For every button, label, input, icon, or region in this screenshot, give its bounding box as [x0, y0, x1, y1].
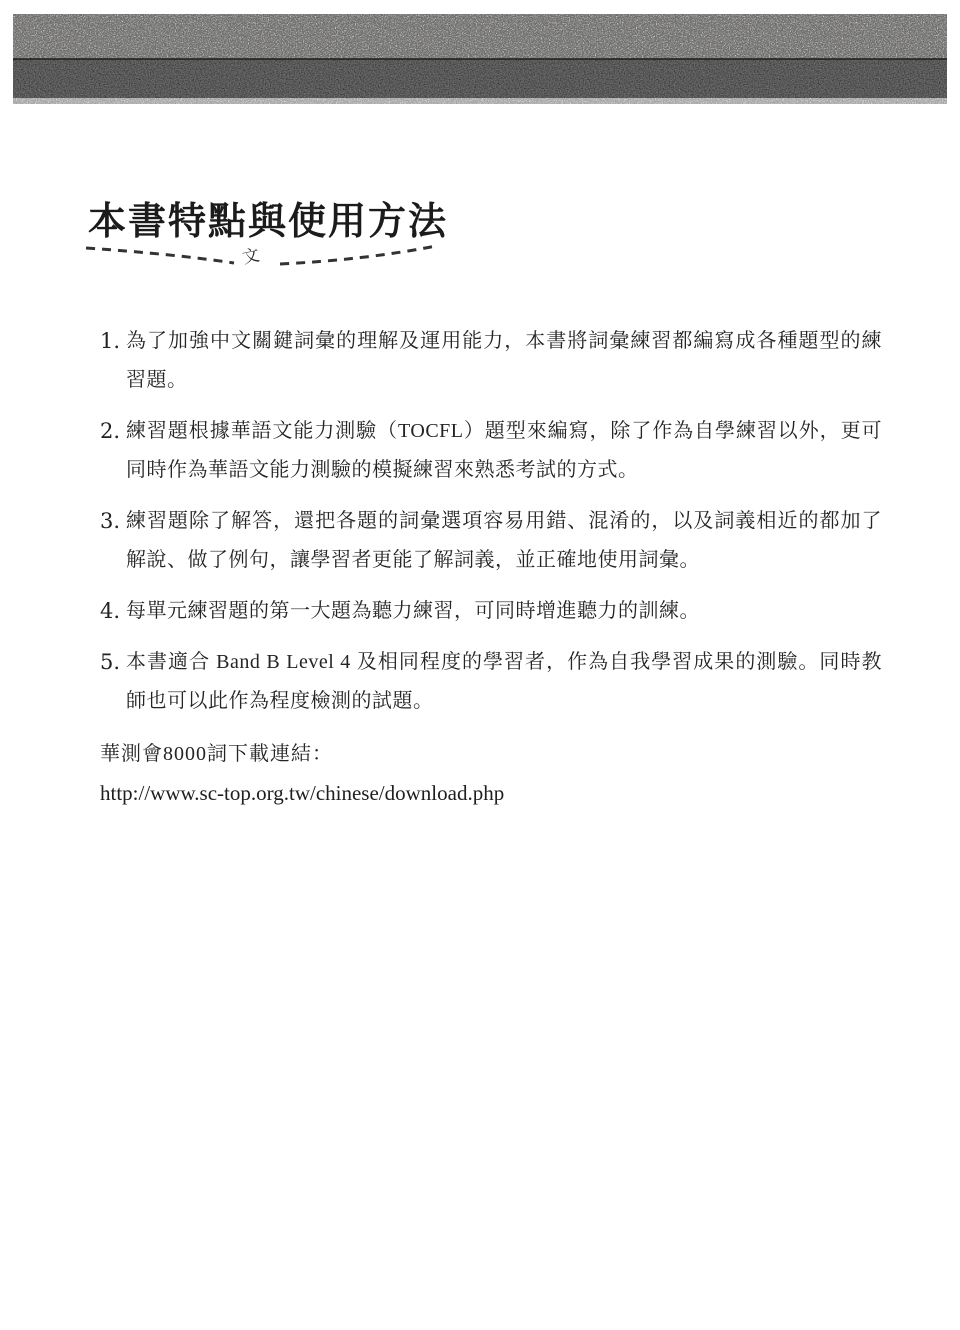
list-item-text: 每單元練習題的第一大題為聽力練習，可同時增進聽力的訓練。: [126, 592, 882, 631]
scanned-book-page: 本書特點與使用方法 文 1. 為了加強中文關鍵詞彙的理解及運用能力，本書將詞彙練…: [0, 0, 960, 1330]
list-item: 3. 練習題除了解答，還把各題的詞彙選項容易用錯、混淆的，以及詞義相近的都加了解…: [100, 502, 882, 580]
header-band-noise-graphic: [13, 14, 947, 106]
list-item-number: 3.: [100, 502, 126, 541]
list-item-text: 本書適合 Band B Level 4 及相同程度的學習者，作為自我學習成果的測…: [126, 643, 882, 721]
list-item: 2. 練習題根據華語文能力測驗（TOCFL）題型來編寫，除了作為自學練習以外，更…: [100, 412, 882, 490]
list-item: 1. 為了加強中文關鍵詞彙的理解及運用能力，本書將詞彙練習都編寫成各種題型的練習…: [100, 322, 882, 400]
download-section: 華測會8000詞下載連結： http://www.sc-top.org.tw/c…: [100, 735, 882, 813]
list-item-text: 為了加強中文關鍵詞彙的理解及運用能力，本書將詞彙練習都編寫成各種題型的練習題。: [126, 322, 882, 400]
title-underline-curve: [84, 240, 440, 274]
page-title: 本書特點與使用方法: [88, 190, 448, 245]
list-item-number: 1.: [100, 322, 126, 361]
list-item-text: 練習題除了解答，還把各題的詞彙選項容易用錯、混淆的，以及詞義相近的都加了解說、做…: [126, 502, 882, 580]
list-item-text: 練習題根據華語文能力測驗（TOCFL）題型來編寫，除了作為自學練習以外，更可同時…: [126, 412, 882, 490]
list-item-number: 4.: [100, 592, 126, 631]
title-underline: 文: [84, 240, 440, 274]
download-link-label: 華測會8000詞下載連結：: [100, 735, 882, 773]
list-item: 5. 本書適合 Band B Level 4 及相同程度的學習者，作為自我學習成…: [100, 643, 882, 721]
header-texture-band: [13, 14, 947, 106]
list-item-number: 2.: [100, 412, 126, 451]
list-item-number: 5.: [100, 643, 126, 682]
download-url-text: http://www.sc-top.org.tw/chinese/downloa…: [100, 773, 882, 813]
list-item: 4. 每單元練習題的第一大題為聽力練習，可同時增進聽力的訓練。: [100, 592, 882, 631]
page-content: 1. 為了加強中文關鍵詞彙的理解及運用能力，本書將詞彙練習都編寫成各種題型的練習…: [100, 322, 882, 813]
feature-list: 1. 為了加強中文關鍵詞彙的理解及運用能力，本書將詞彙練習都編寫成各種題型的練習…: [100, 322, 882, 721]
